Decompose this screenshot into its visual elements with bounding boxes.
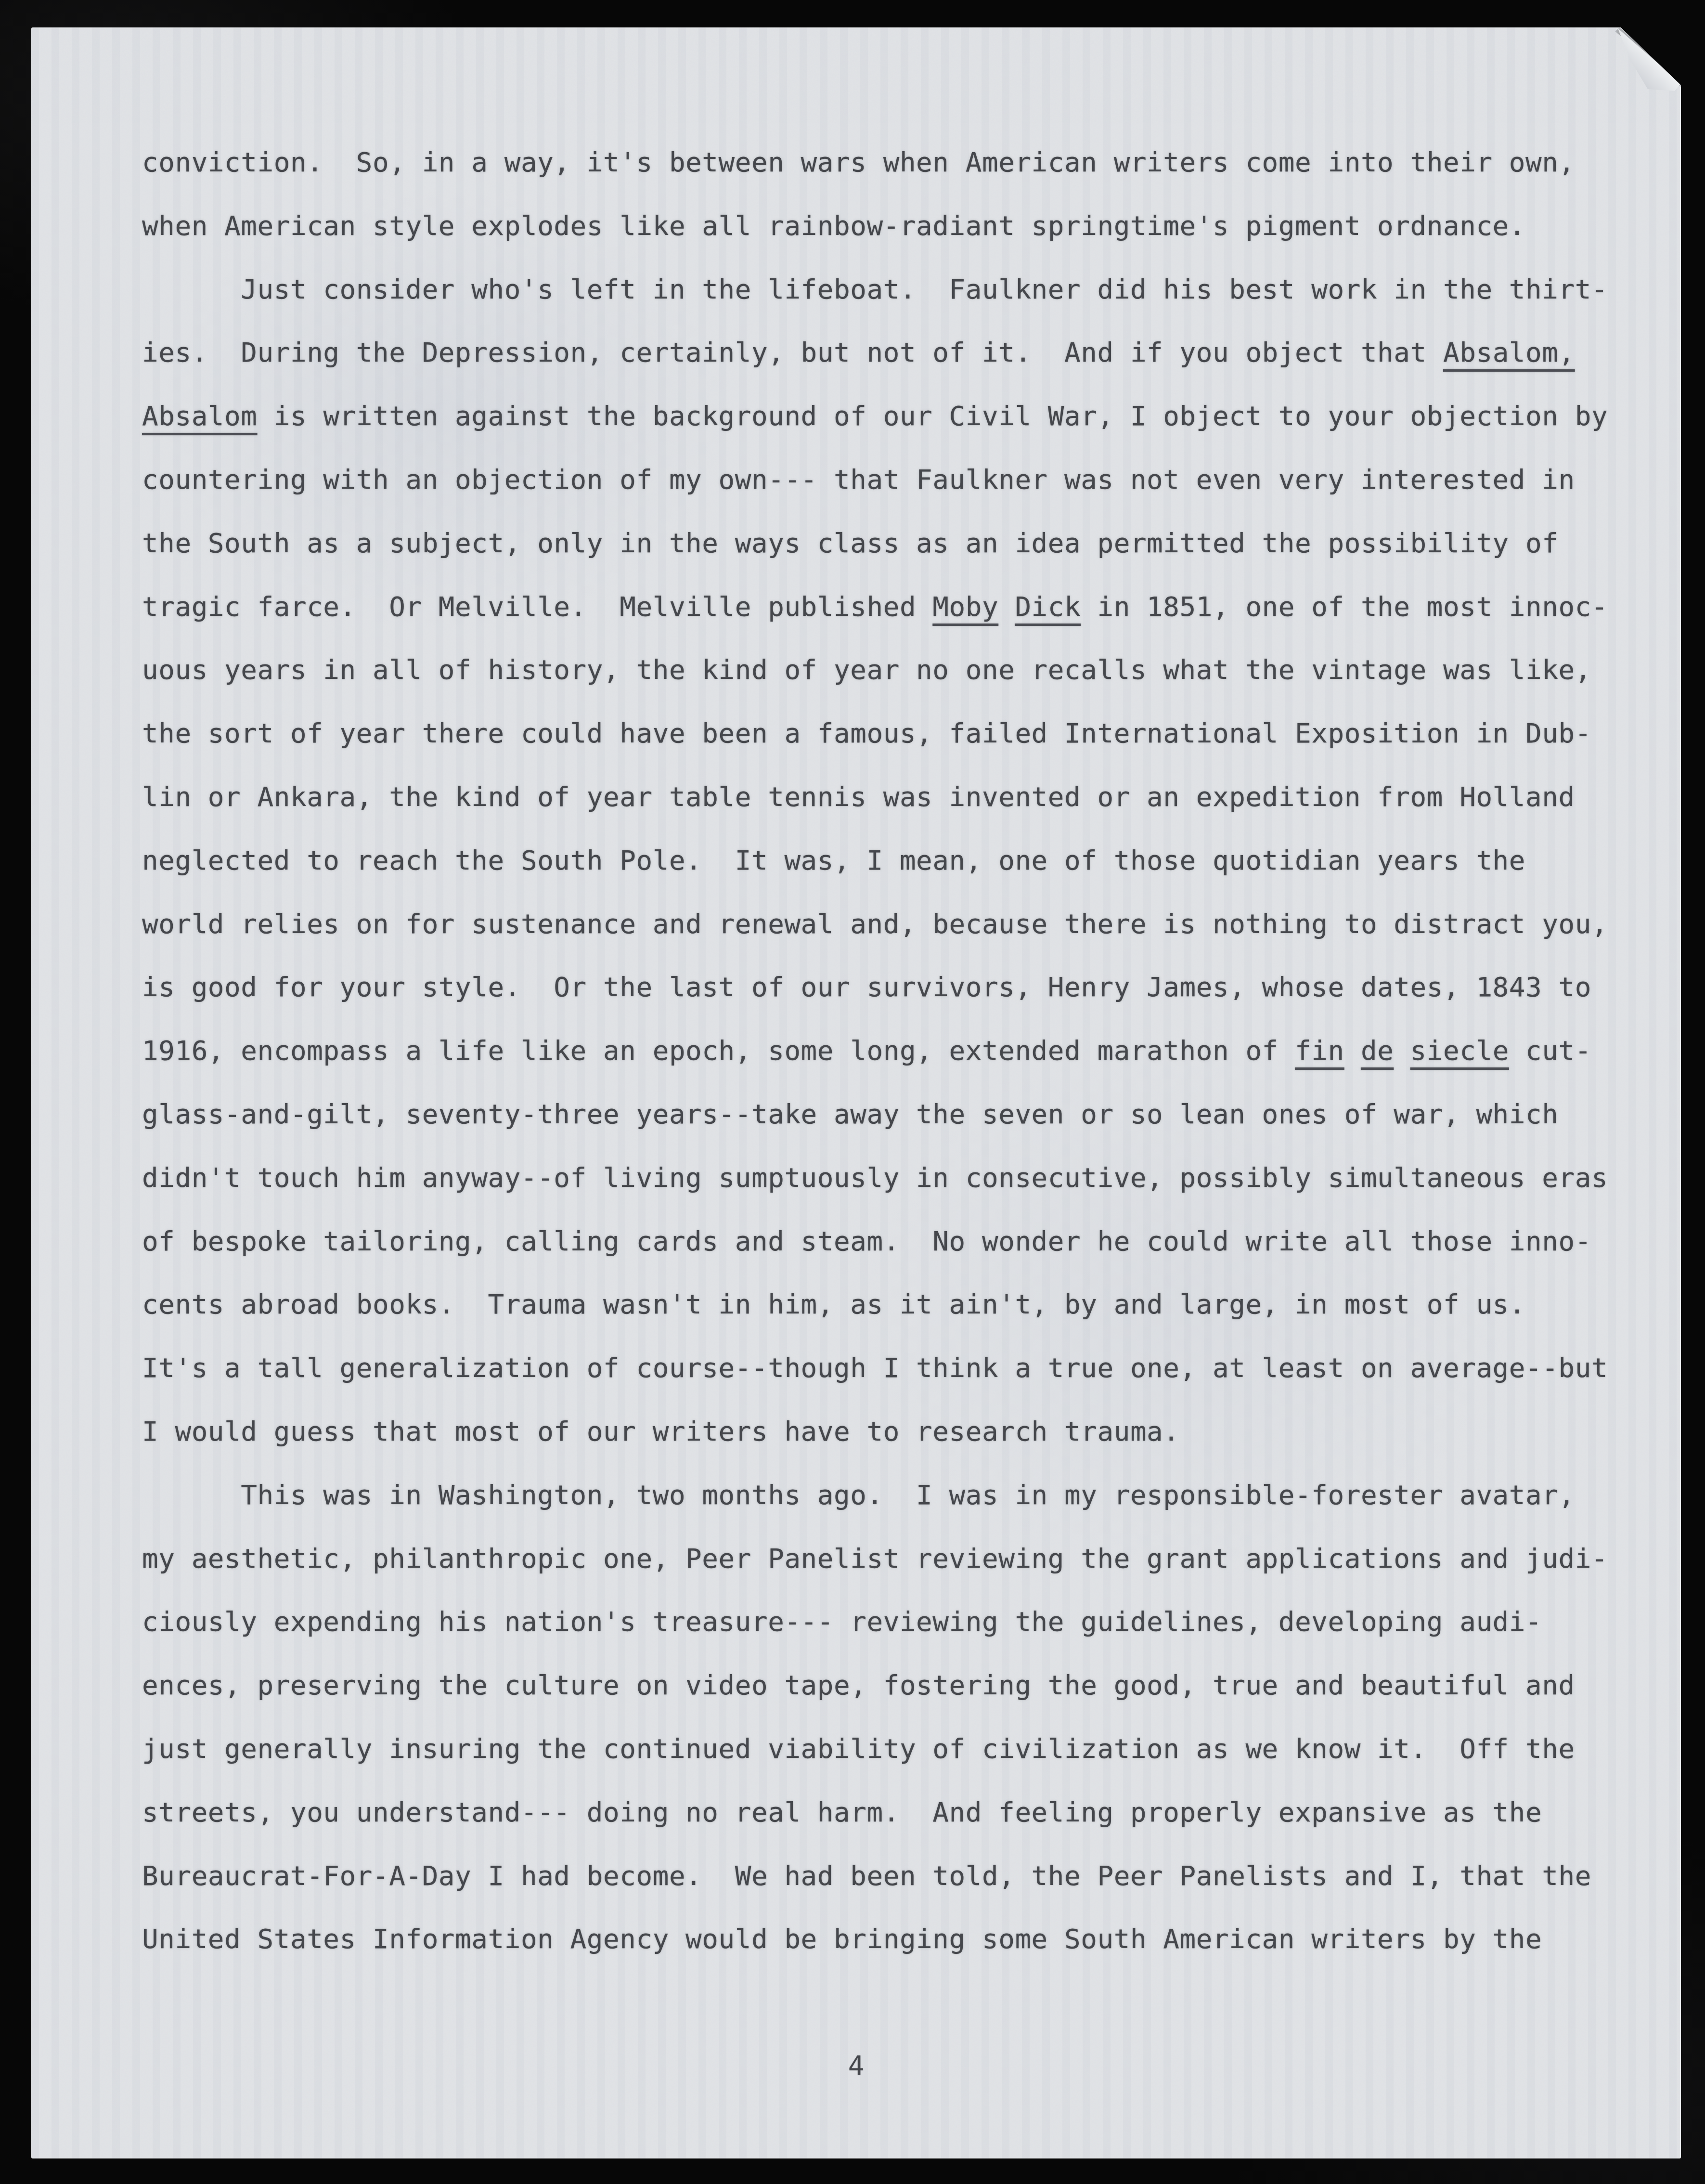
- text-segment: didn't touch him anyway--of living sumpt…: [142, 1162, 1608, 1194]
- text-segment: uous years in all of history, the kind o…: [142, 654, 1591, 686]
- text-segment: I would guess that most of our writers h…: [142, 1416, 1180, 1447]
- text-segment: 1916, encompass a life like an epoch, so…: [142, 1035, 1295, 1066]
- text-segment: It's a tall generalization of course--th…: [142, 1352, 1608, 1384]
- text-segment: Just consider who's left in the lifeboat…: [142, 274, 1608, 305]
- text-line: the sort of year there could have been a…: [142, 702, 1608, 766]
- text-segment: neglected to reach the South Pole. It wa…: [142, 845, 1525, 876]
- text-segment: cut-: [1509, 1035, 1591, 1066]
- underlined-text: Dick: [1015, 591, 1081, 623]
- text-segment: Bureaucrat-For-A-Day I had become. We ha…: [142, 1860, 1591, 1892]
- text-line: It's a tall generalization of course--th…: [142, 1337, 1608, 1400]
- text-line: cents abroad books. Trauma wasn't in him…: [142, 1273, 1608, 1337]
- text-line: United States Information Agency would b…: [142, 1908, 1608, 1971]
- text-segment: This was in Washington, two months ago. …: [142, 1480, 1575, 1511]
- text-line: my aesthetic, philanthropic one, Peer Pa…: [142, 1527, 1608, 1591]
- text-segment: in 1851, one of the most innoc-: [1081, 591, 1608, 623]
- text-line: Bureaucrat-For-A-Day I had become. We ha…: [142, 1845, 1608, 1908]
- underlined-text: siecle: [1410, 1035, 1509, 1066]
- text-line: streets, you understand--- doing no real…: [142, 1781, 1608, 1845]
- underlined-text: fin: [1295, 1035, 1344, 1066]
- text-line: 1916, encompass a life like an epoch, so…: [142, 1019, 1608, 1083]
- text-line: world relies on for sustenance and renew…: [142, 893, 1608, 956]
- text-segment: my aesthetic, philanthropic one, Peer Pa…: [142, 1543, 1608, 1574]
- page-number: 4: [31, 2034, 1681, 2098]
- text-line: ences, preserving the culture on video t…: [142, 1654, 1608, 1717]
- text-line: lin or Ankara, the kind of year table te…: [142, 766, 1608, 829]
- text-line: of bespoke tailoring, calling cards and …: [142, 1210, 1608, 1274]
- text-line: the South as a subject, only in the ways…: [142, 512, 1608, 575]
- text-segment: just generally insuring the continued vi…: [142, 1733, 1575, 1765]
- text-line: This was in Washington, two months ago. …: [142, 1464, 1608, 1527]
- text-segment: the South as a subject, only in the ways…: [142, 528, 1558, 559]
- underlined-text: de: [1361, 1035, 1394, 1066]
- underlined-text: Moby: [932, 591, 998, 623]
- text-segment: [998, 591, 1015, 623]
- text-segment: world relies on for sustenance and renew…: [142, 909, 1608, 940]
- text-line: ciously expending his nation's treasure-…: [142, 1590, 1608, 1654]
- text-segment: [1394, 1035, 1410, 1066]
- text-line: Absalom is written against the backgroun…: [142, 385, 1608, 448]
- text-segment: United States Information Agency would b…: [142, 1924, 1542, 1955]
- text-segment: cents abroad books. Trauma wasn't in him…: [142, 1289, 1525, 1320]
- text-line: just generally insuring the continued vi…: [142, 1717, 1608, 1781]
- text-segment: when American style explodes like all ra…: [142, 210, 1525, 242]
- text-line: is good for your style. Or the last of o…: [142, 956, 1608, 1019]
- text-line: when American style explodes like all ra…: [142, 195, 1608, 258]
- text-segment: lin or Ankara, the kind of year table te…: [142, 781, 1575, 813]
- text-line: neglected to reach the South Pole. It wa…: [142, 829, 1608, 893]
- text-line: I would guess that most of our writers h…: [142, 1400, 1608, 1464]
- text-line: ies. During the Depression, certainly, b…: [142, 321, 1608, 385]
- text-segment: glass-and-gilt, seventy-three years--tak…: [142, 1099, 1558, 1130]
- text-segment: [1344, 1035, 1361, 1066]
- text-segment: is good for your style. Or the last of o…: [142, 972, 1591, 1003]
- document-page: conviction. So, in a way, it's between w…: [31, 27, 1681, 2158]
- text-segment: streets, you understand--- doing no real…: [142, 1797, 1542, 1828]
- text-line: glass-and-gilt, seventy-three years--tak…: [142, 1083, 1608, 1146]
- text-segment: tragic farce. Or Melville. Melville publ…: [142, 591, 932, 623]
- text-segment: ciously expending his nation's treasure-…: [142, 1606, 1542, 1638]
- text-line: Just consider who's left in the lifeboat…: [142, 258, 1608, 322]
- text-line: countering with an objection of my own--…: [142, 448, 1608, 512]
- text-segment: the sort of year there could have been a…: [142, 718, 1591, 749]
- text-segment: ences, preserving the culture on video t…: [142, 1670, 1575, 1701]
- underlined-text: Absalom: [142, 401, 258, 432]
- text-line: didn't touch him anyway--of living sumpt…: [142, 1146, 1608, 1210]
- text-line: uous years in all of history, the kind o…: [142, 638, 1608, 702]
- text-segment: countering with an objection of my own--…: [142, 464, 1575, 495]
- typewritten-text: conviction. So, in a way, it's between w…: [142, 131, 1608, 1971]
- underlined-text: Absalom,: [1443, 337, 1575, 368]
- text-segment: is written against the background of our…: [258, 401, 1608, 432]
- text-line: tragic farce. Or Melville. Melville publ…: [142, 575, 1608, 639]
- text-line: conviction. So, in a way, it's between w…: [142, 131, 1608, 195]
- text-segment: of bespoke tailoring, calling cards and …: [142, 1226, 1591, 1257]
- text-segment: conviction. So, in a way, it's between w…: [142, 147, 1575, 178]
- text-segment: ies. During the Depression, certainly, b…: [142, 337, 1443, 368]
